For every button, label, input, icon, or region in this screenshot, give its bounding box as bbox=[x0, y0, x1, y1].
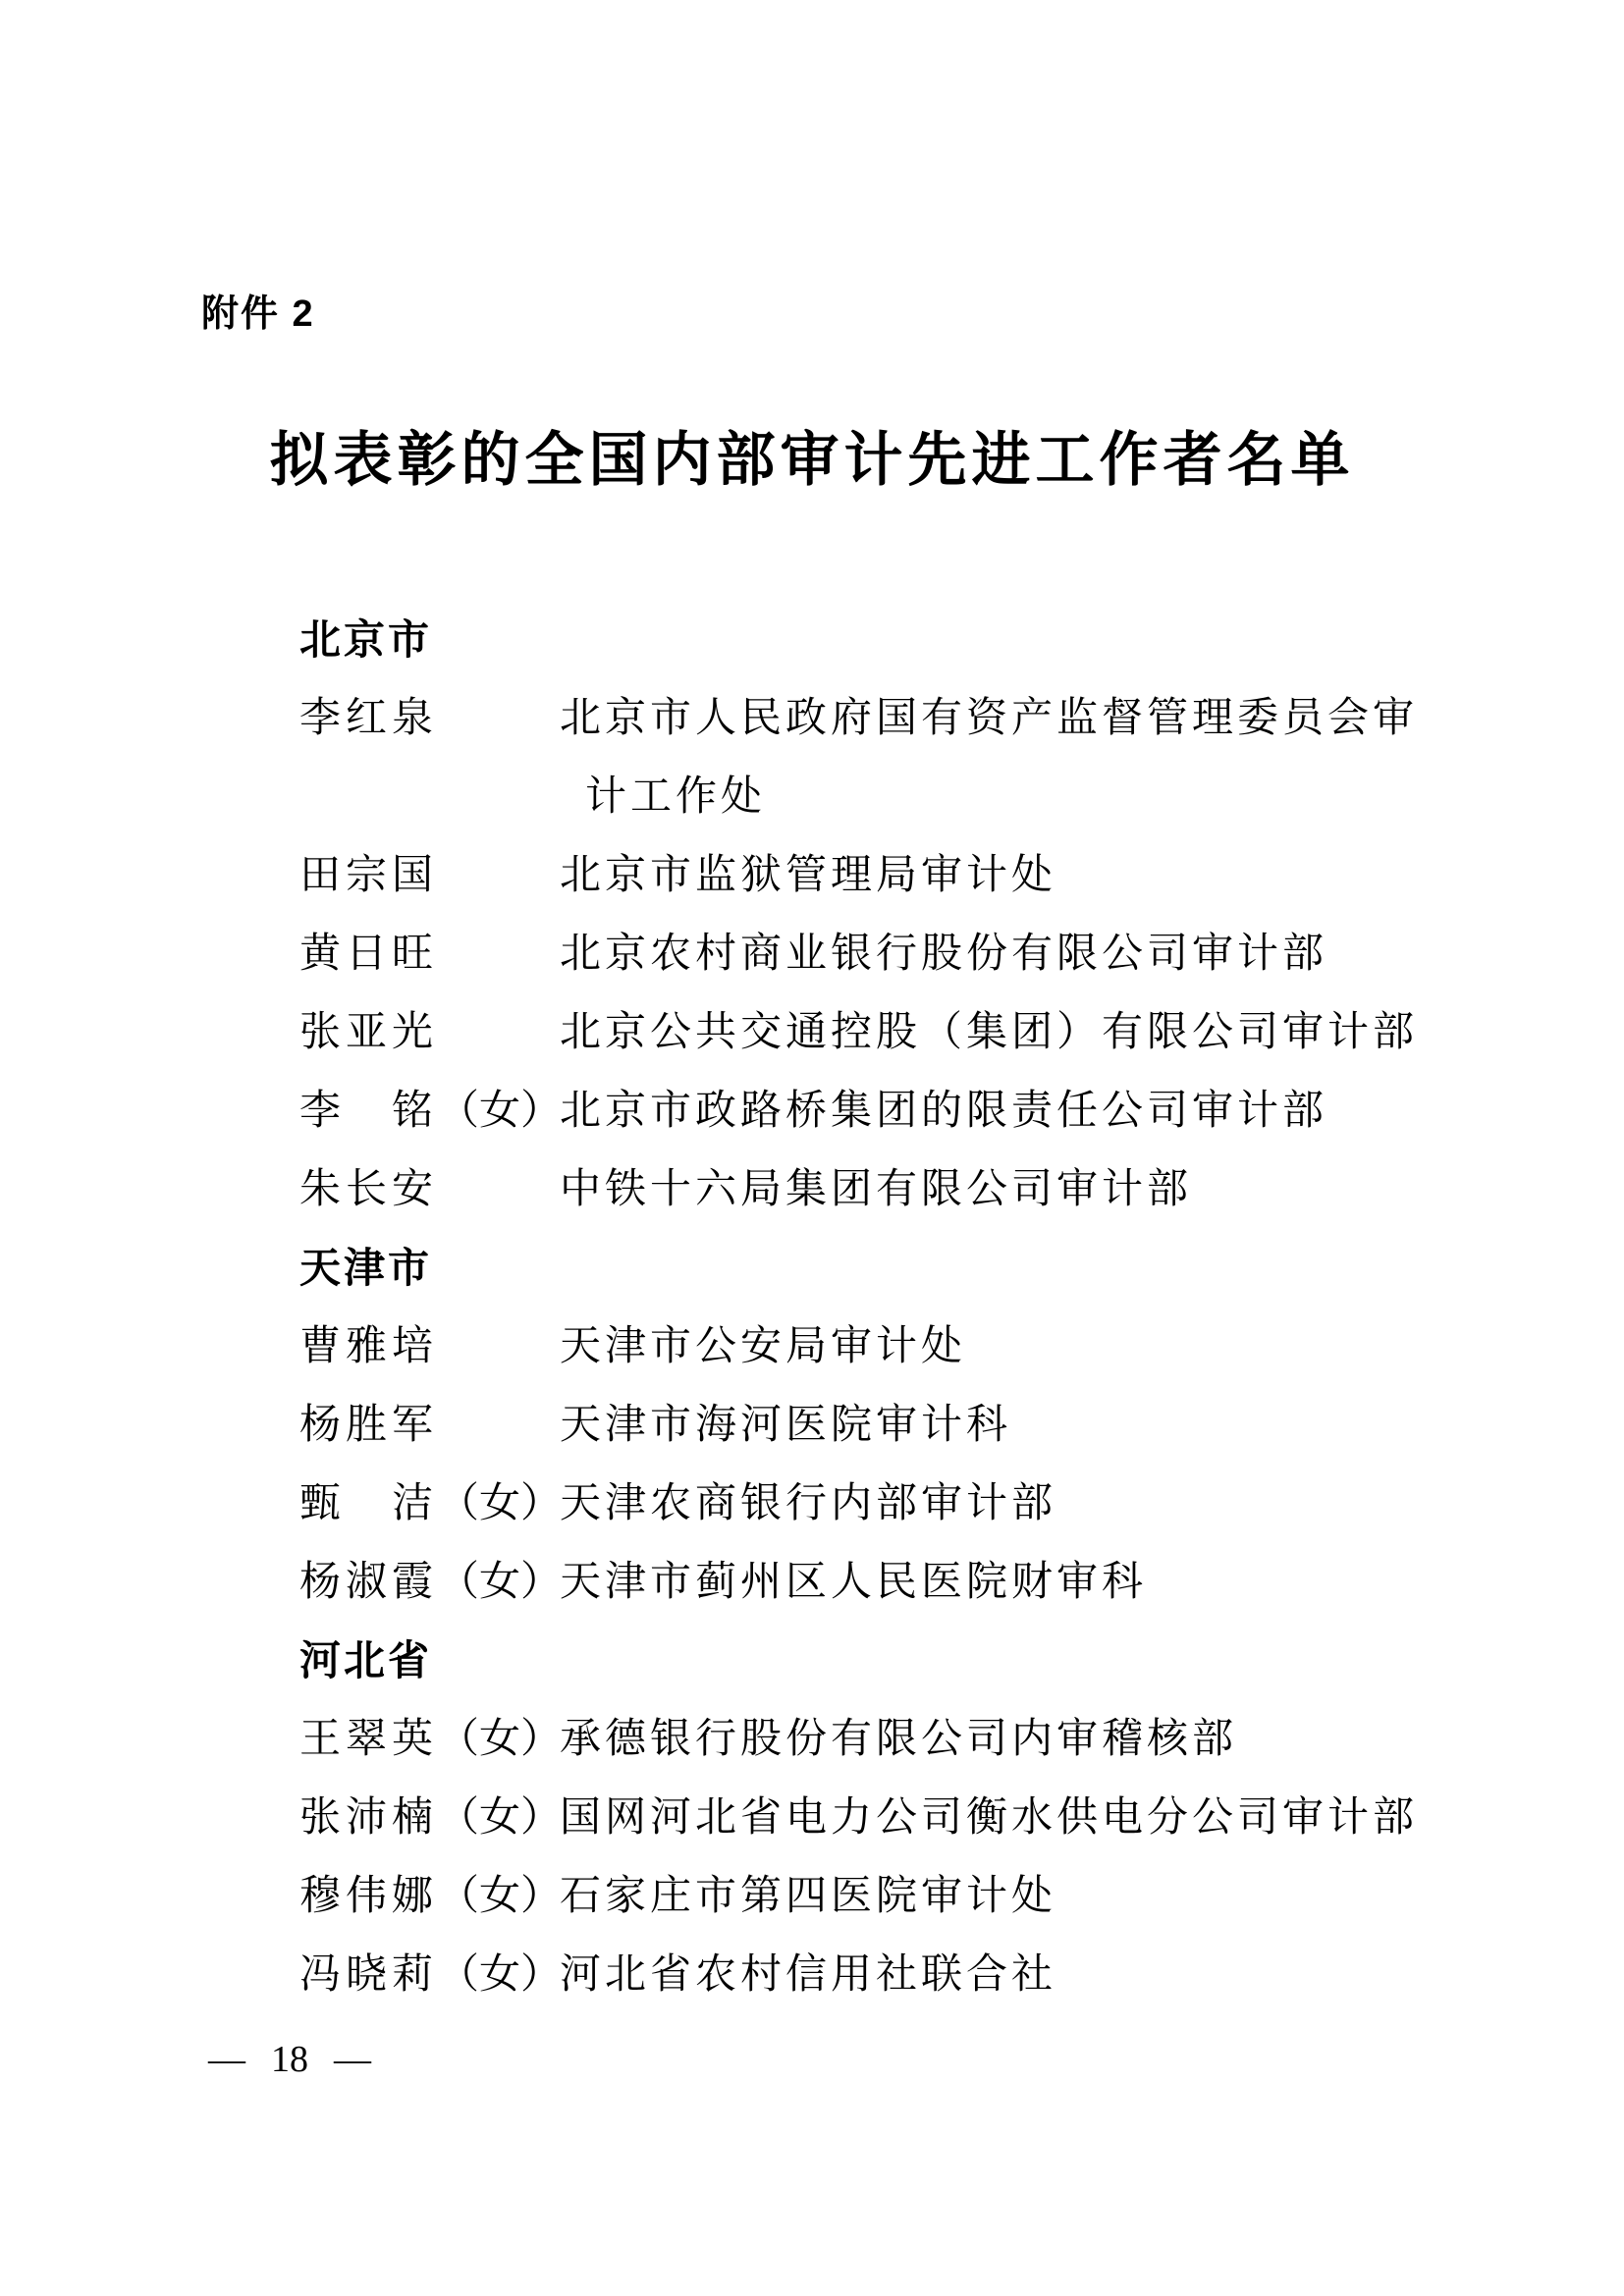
organization: 天津市公安局审计处 bbox=[560, 1308, 1447, 1386]
person-name: 田宗国 bbox=[299, 836, 438, 915]
name-block: 黄日旺 bbox=[299, 915, 560, 993]
person-name: 朱长安 bbox=[299, 1150, 438, 1229]
organization: 承德银行股份有限公司内审稽核部 bbox=[560, 1700, 1447, 1779]
gender-label: （女） bbox=[438, 1072, 562, 1150]
organization: 中铁十六局集团有限公司审计部 bbox=[560, 1150, 1447, 1229]
list-item: 王翠英（女）承德银行股份有限公司内审稽核部 bbox=[299, 1700, 1447, 1779]
name-block: 张沛楠（女） bbox=[299, 1779, 560, 1857]
organization: 北京公共交通控股（集团）有限公司审计部 bbox=[560, 993, 1447, 1072]
organization: 天津农商银行内部审计部 bbox=[560, 1465, 1447, 1543]
person-name: 甄 洁 bbox=[299, 1465, 438, 1543]
person-name: 黄日旺 bbox=[299, 915, 438, 993]
organization-line: 河北省农村信用社联合社 bbox=[560, 1936, 1447, 2014]
list-item: 张沛楠（女）国网河北省电力公司衡水供电分公司审计部 bbox=[299, 1779, 1447, 1857]
list-item: 朱长安中铁十六局集团有限公司审计部 bbox=[299, 1150, 1447, 1229]
list-item: 冯晓莉（女）河北省农村信用社联合社 bbox=[299, 1936, 1447, 2014]
gender-label: （女） bbox=[438, 1936, 562, 2014]
organization-line: 中铁十六局集团有限公司审计部 bbox=[560, 1150, 1447, 1229]
person-name: 穆伟娜 bbox=[299, 1857, 438, 1936]
organization-line: 国网河北省电力公司衡水供电分公司审计部 bbox=[560, 1779, 1447, 1857]
person-name: 杨淑霞 bbox=[299, 1543, 438, 1622]
organization-line: 承德银行股份有限公司内审稽核部 bbox=[560, 1700, 1447, 1779]
name-block: 王翠英（女） bbox=[299, 1700, 560, 1779]
organization-line: 北京公共交通控股（集团）有限公司审计部 bbox=[560, 993, 1447, 1072]
person-name: 王翠英 bbox=[299, 1700, 438, 1779]
gender-label: （女） bbox=[438, 1465, 562, 1543]
organization-line: 北京农村商业银行股份有限公司审计部 bbox=[560, 915, 1447, 993]
footer-right-dash: — bbox=[334, 2038, 371, 2081]
page-footer: — 18 — bbox=[208, 2038, 371, 2081]
person-name: 冯晓莉 bbox=[299, 1936, 438, 2014]
list-item: 李 铭（女）北京市政路桥集团的限责任公司审计部 bbox=[299, 1072, 1447, 1150]
organization: 北京农村商业银行股份有限公司审计部 bbox=[560, 915, 1447, 993]
gender-label: （女） bbox=[438, 1543, 562, 1622]
name-block: 冯晓莉（女） bbox=[299, 1936, 560, 2014]
name-block: 张亚光 bbox=[299, 993, 560, 1072]
document-page: 附件 2 拟表彰的全国内部审计先进工作者名单 北京市李红泉北京市人民政府国有资产… bbox=[0, 0, 1624, 2296]
list-item: 杨胜军天津市海河医院审计科 bbox=[299, 1386, 1447, 1465]
list-item: 张亚光北京公共交通控股（集团）有限公司审计部 bbox=[299, 993, 1447, 1072]
name-block: 李 铭（女） bbox=[299, 1072, 560, 1150]
organization: 北京市监狱管理局审计处 bbox=[560, 836, 1447, 915]
gender-label: （女） bbox=[438, 1857, 562, 1936]
person-name: 曹雅培 bbox=[299, 1308, 438, 1386]
name-block: 杨胜军 bbox=[299, 1386, 560, 1465]
organization-line: 天津市公安局审计处 bbox=[560, 1308, 1447, 1386]
list-item: 田宗国北京市监狱管理局审计处 bbox=[299, 836, 1447, 915]
name-block: 李红泉 bbox=[299, 679, 560, 758]
organization: 国网河北省电力公司衡水供电分公司审计部 bbox=[560, 1779, 1447, 1857]
person-name: 李红泉 bbox=[299, 679, 438, 758]
gender-label: （女） bbox=[438, 1700, 562, 1779]
section-header-1: 天津市 bbox=[299, 1229, 1447, 1308]
list-item: 李红泉北京市人民政府国有资产监督管理委员会审计工作处 bbox=[299, 679, 1447, 836]
organization: 石家庄市第四医院审计处 bbox=[560, 1857, 1447, 1936]
person-name: 张亚光 bbox=[299, 993, 438, 1072]
organization-line: 北京市人民政府国有资产监督管理委员会审 bbox=[560, 679, 1447, 758]
attachment-label: 附件 2 bbox=[201, 291, 315, 338]
name-block: 朱长安 bbox=[299, 1150, 560, 1229]
organization-line: 天津市海河医院审计科 bbox=[560, 1386, 1447, 1465]
section-header-2: 河北省 bbox=[299, 1622, 1447, 1700]
organization-line: 石家庄市第四医院审计处 bbox=[560, 1857, 1447, 1936]
list-item: 甄 洁（女）天津农商银行内部审计部 bbox=[299, 1465, 1447, 1543]
award-list: 北京市李红泉北京市人民政府国有资产监督管理委员会审计工作处田宗国北京市监狱管理局… bbox=[299, 601, 1447, 2014]
section-header-0: 北京市 bbox=[299, 601, 1447, 679]
organization-line: 天津农商银行内部审计部 bbox=[560, 1465, 1447, 1543]
page-title: 拟表彰的全国内部审计先进工作者名单 bbox=[0, 422, 1624, 499]
name-block: 田宗国 bbox=[299, 836, 560, 915]
person-name: 杨胜军 bbox=[299, 1386, 438, 1465]
footer-left-dash: — bbox=[208, 2038, 245, 2081]
list-item: 曹雅培天津市公安局审计处 bbox=[299, 1308, 1447, 1386]
name-block: 曹雅培 bbox=[299, 1308, 560, 1386]
organization: 天津市蓟州区人民医院财审科 bbox=[560, 1543, 1447, 1622]
gender-label: （女） bbox=[438, 1779, 562, 1857]
organization: 天津市海河医院审计科 bbox=[560, 1386, 1447, 1465]
person-name: 张沛楠 bbox=[299, 1779, 438, 1857]
page-number: 18 bbox=[271, 2038, 308, 2081]
organization: 北京市政路桥集团的限责任公司审计部 bbox=[560, 1072, 1447, 1150]
person-name: 李 铭 bbox=[299, 1072, 438, 1150]
list-item: 杨淑霞（女）天津市蓟州区人民医院财审科 bbox=[299, 1543, 1447, 1622]
organization: 河北省农村信用社联合社 bbox=[560, 1936, 1447, 2014]
list-item: 黄日旺北京农村商业银行股份有限公司审计部 bbox=[299, 915, 1447, 993]
organization-line: 天津市蓟州区人民医院财审科 bbox=[560, 1543, 1447, 1622]
name-block: 杨淑霞（女） bbox=[299, 1543, 560, 1622]
name-block: 穆伟娜（女） bbox=[299, 1857, 560, 1936]
name-block: 甄 洁（女） bbox=[299, 1465, 560, 1543]
organization-line: 北京市监狱管理局审计处 bbox=[560, 836, 1447, 915]
organization: 北京市人民政府国有资产监督管理委员会审计工作处 bbox=[560, 679, 1447, 836]
list-item: 穆伟娜（女）石家庄市第四医院审计处 bbox=[299, 1857, 1447, 1936]
organization-line: 计工作处 bbox=[560, 758, 1447, 836]
organization-line: 北京市政路桥集团的限责任公司审计部 bbox=[560, 1072, 1447, 1150]
